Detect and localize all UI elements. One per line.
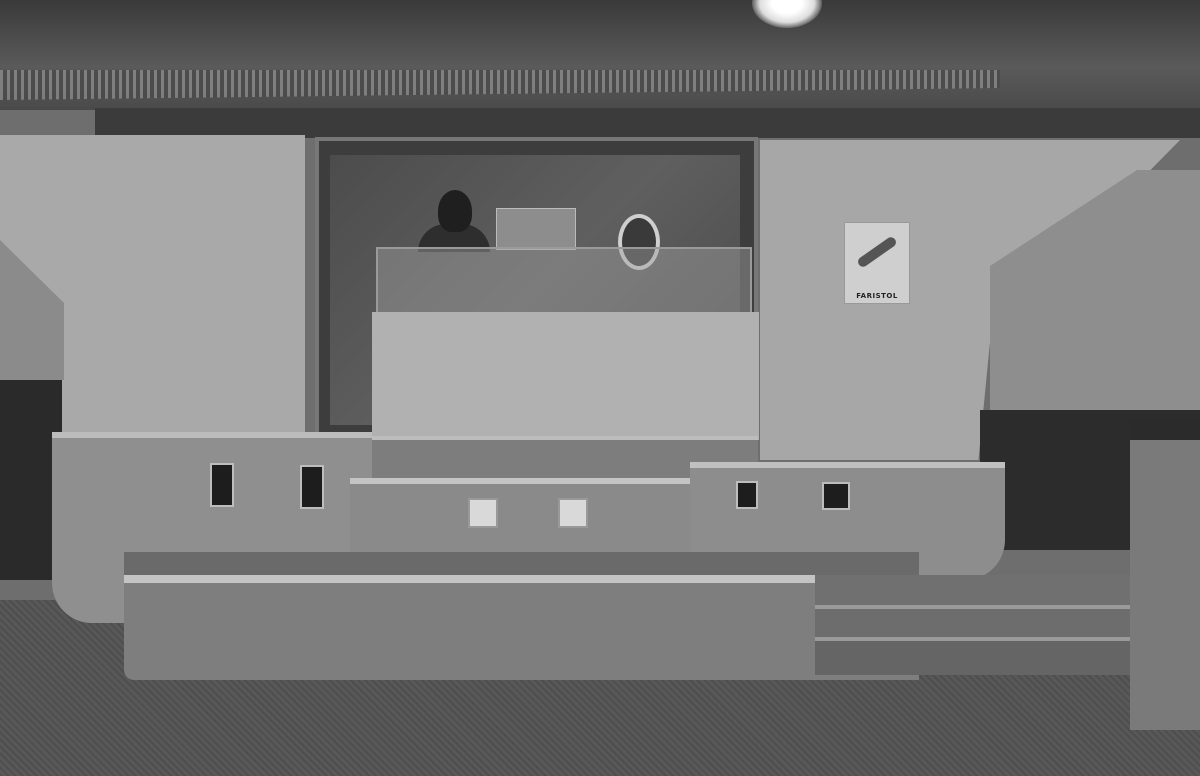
platform-window	[736, 481, 758, 509]
lower-stage	[124, 552, 919, 680]
middle-platform	[350, 478, 708, 559]
platform-light	[558, 498, 588, 528]
booth-glass	[376, 247, 752, 317]
poster-caption: FARISTOL	[845, 292, 909, 300]
ceiling-beam	[95, 108, 1200, 138]
platform-window	[822, 482, 850, 510]
wall-poster: FARISTOL	[844, 222, 910, 304]
dj-head	[438, 190, 472, 232]
stage-edge	[124, 575, 864, 583]
guitar-icon	[856, 235, 898, 268]
platform-light	[468, 498, 498, 528]
platform-window	[300, 465, 324, 509]
platform-window	[210, 463, 234, 507]
dj-booth-front	[372, 312, 759, 440]
right-pillar	[1130, 420, 1200, 730]
photo-scene: FARISTOL	[0, 0, 1200, 776]
mixer-console	[496, 208, 576, 250]
stage-steps	[815, 575, 1135, 675]
